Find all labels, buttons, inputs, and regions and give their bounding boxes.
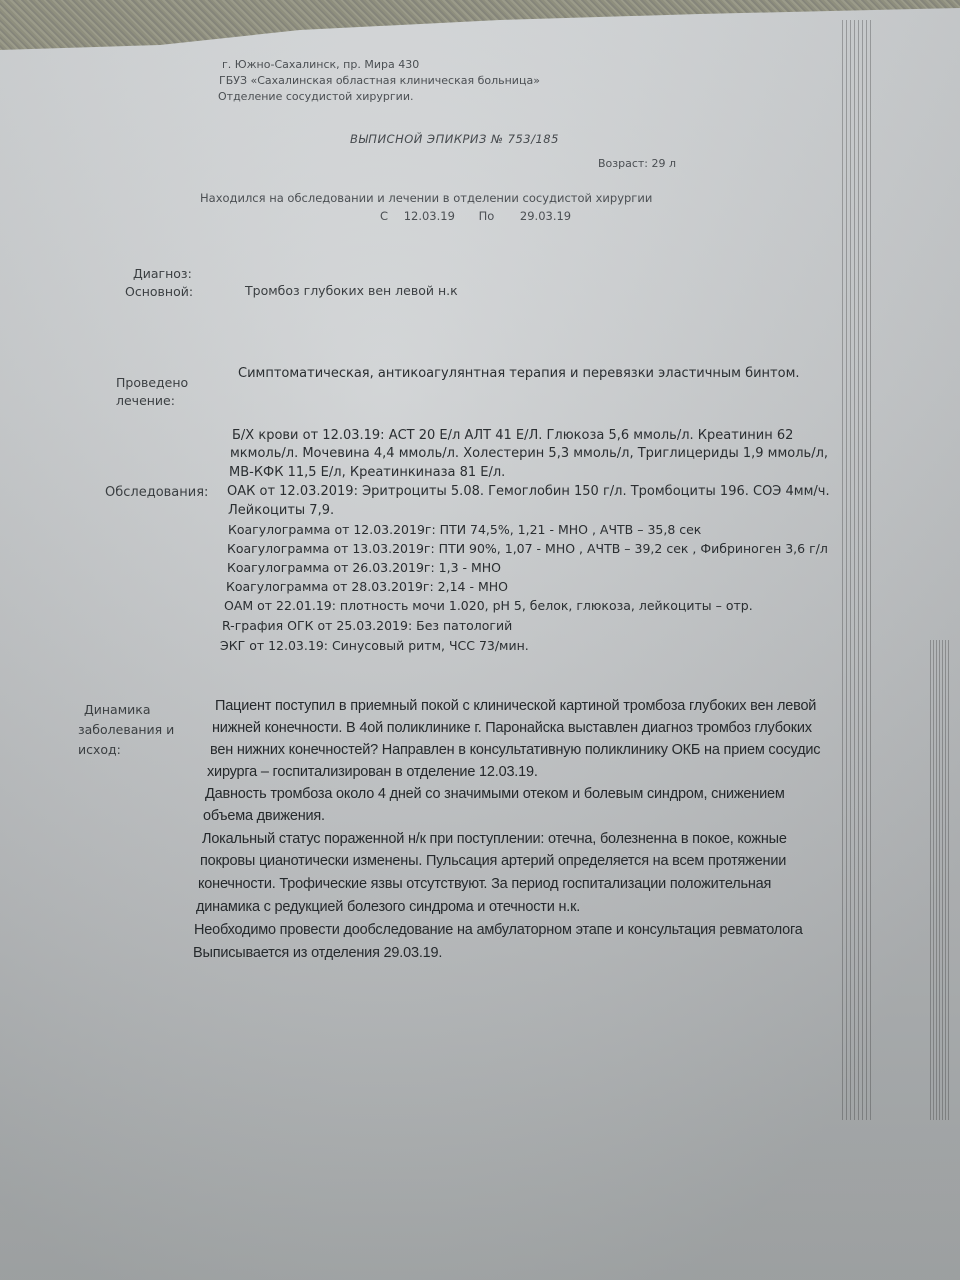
- treatment-label-2: лечение:: [116, 393, 175, 408]
- age-field: Возраст: 29 л: [598, 155, 676, 172]
- dynamics-line: Выписывается из отделения 29.03.19.: [193, 945, 442, 961]
- age-label: Возраст:: [598, 157, 648, 170]
- examinations-label: Обследования:: [105, 485, 208, 500]
- scan-edge-marks-lower: [930, 640, 950, 1120]
- dynamics-line: Необходимо провести дообследование на ам…: [194, 922, 803, 938]
- diagnosis-value: Тромбоз глубоких вен левой н.к: [245, 283, 458, 298]
- diagnosis-label: Диагноз:: [133, 266, 192, 281]
- dynamics-line: объема движения.: [203, 808, 325, 824]
- exam-line: Коагулограмма от 28.03.2019г: 2,14 - МНО: [226, 579, 508, 594]
- exam-line: Коагулограмма от 13.03.2019г: ПТИ 90%, 1…: [227, 541, 828, 556]
- hospital-address: г. Южно-Сахалинск, пр. Мира 430: [222, 56, 419, 73]
- hospital-name: ГБУЗ «Сахалинская областная клиническая …: [219, 72, 540, 89]
- to-date: 29.03.19: [520, 209, 571, 223]
- diagnosis-main-label: Основной:: [125, 284, 193, 299]
- exam-line: ЭКГ от 12.03.19: Синусовый ритм, ЧСС 73/…: [220, 638, 529, 653]
- from-date: 12.03.19: [404, 209, 455, 223]
- dynamics-line: покровы цианотически изменены. Пульсация…: [200, 853, 786, 869]
- document-title: ВЫПИСНОЙ ЭПИКРИЗ № 753/185: [350, 132, 559, 146]
- dynamics-line: вен нижних конечностей? Направлен в конс…: [210, 742, 820, 758]
- from-label: С: [380, 209, 388, 223]
- stay-period: С 12.03.19 По 29.03.19: [380, 208, 571, 225]
- treatment-label-1: Проведено: [116, 375, 188, 390]
- dynamics-line: Локальный статус пораженной н/к при пост…: [202, 831, 787, 847]
- stay-description: Находился на обследовании и лечении в от…: [200, 190, 652, 207]
- dynamics-label-1: Динамика: [84, 702, 151, 717]
- exam-line: ОАМ от 22.01.19: плотность мочи 1.020, p…: [224, 598, 753, 613]
- treatment-value: Симптоматическая, антикоагулянтная терап…: [238, 366, 800, 381]
- exam-line: Лейкоциты 7,9.: [228, 503, 334, 518]
- exam-line: Коагулограмма от 12.03.2019г: ПТИ 74,5%,…: [228, 522, 701, 537]
- exam-line: ОАК от 12.03.2019: Эритроциты 5.08. Гемо…: [227, 484, 830, 499]
- dynamics-label-3: исход:: [78, 742, 121, 757]
- dynamics-line: хирурга – госпитализирован в отделение 1…: [207, 764, 538, 780]
- dynamics-line: динамика с редукцией болезого синдрома и…: [196, 899, 580, 915]
- dynamics-line: Давность тромбоза около 4 дней со значим…: [205, 786, 785, 802]
- department-name: Отделение сосудистой хирургии.: [218, 88, 413, 105]
- exam-line: Б/Х крови от 12.03.19: АСТ 20 Е/л АЛТ 41…: [232, 428, 793, 443]
- age-value: 29 л: [652, 157, 677, 170]
- exam-line: R-графия ОГК от 25.03.2019: Без патологи…: [222, 618, 512, 633]
- dynamics-label-2: заболевания и: [78, 722, 174, 737]
- to-label: По: [479, 209, 495, 223]
- exam-line: мкмоль/л. Мочевина 4,4 ммоль/л. Холестер…: [230, 446, 828, 461]
- dynamics-line: Пациент поступил в приемный покой с клин…: [215, 698, 816, 714]
- exam-line: Коагулограмма от 26.03.2019г: 1,3 - МНО: [227, 560, 501, 575]
- dynamics-line: конечности. Трофические язвы отсутствуют…: [198, 876, 771, 892]
- dynamics-line: нижней конечности. В 4ой поликлинике г. …: [212, 720, 812, 736]
- exam-line: МВ-КФК 11,5 Е/л, Креатинкиназа 81 Е/л.: [229, 465, 505, 480]
- scan-edge-marks: [842, 20, 872, 1120]
